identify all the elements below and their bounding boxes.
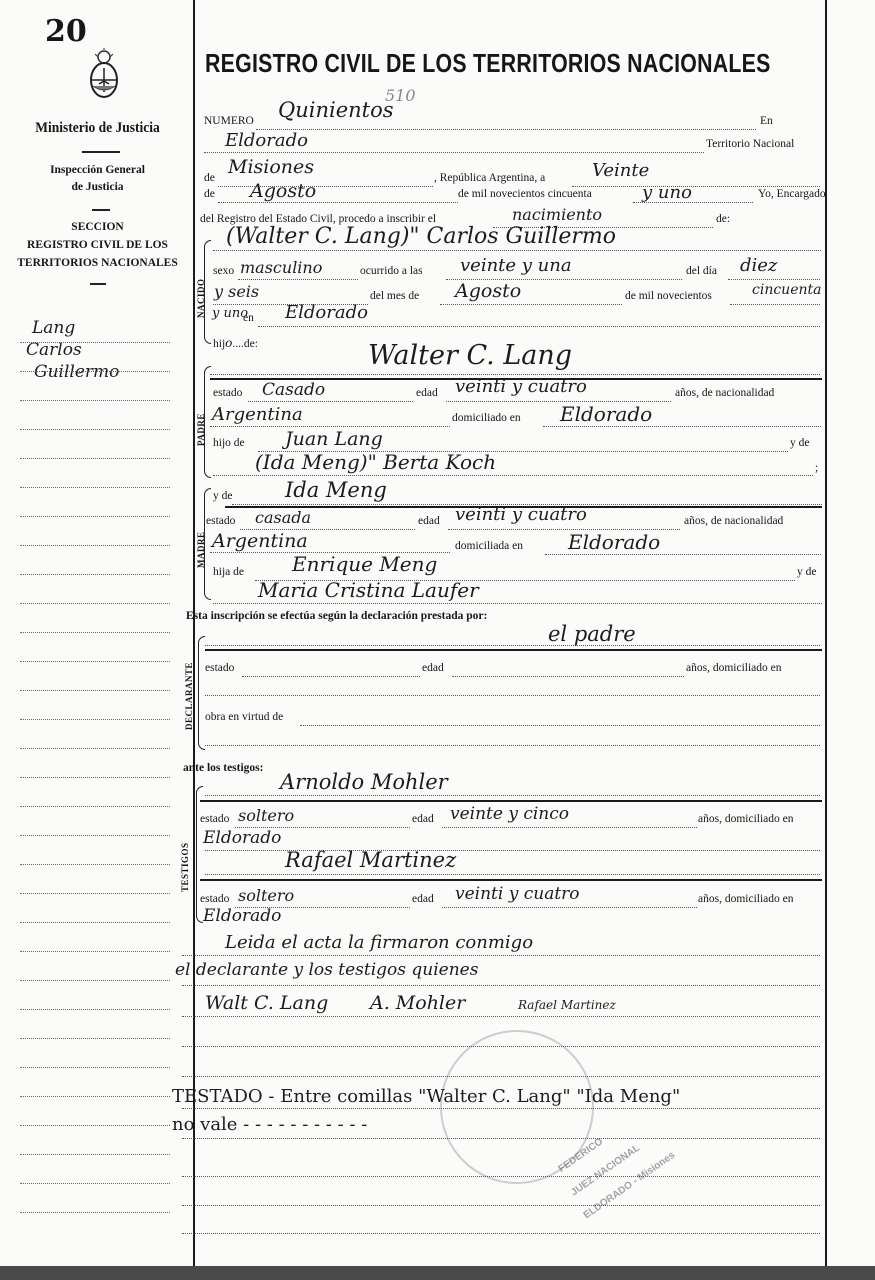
padre-estado-label: estado	[213, 387, 242, 399]
margin-dotted-line	[20, 342, 170, 343]
lugar-label: en	[243, 312, 254, 324]
margin-dotted-line	[20, 1183, 170, 1184]
margin-dotted-line	[20, 487, 170, 488]
witness-2-estado-label: estado	[200, 893, 229, 905]
margin-dotted-line	[20, 690, 170, 691]
sexo-label: sexo	[213, 265, 234, 277]
margin-dotted-line	[20, 661, 170, 662]
testigos-intro: ante los testigos:	[183, 762, 264, 774]
dotted-line	[182, 1176, 820, 1177]
padre-domicilio-value: Eldorado	[560, 402, 652, 426]
margin-dotted-line	[20, 1009, 170, 1010]
dotted-line	[213, 475, 813, 476]
margin-dotted-line	[20, 1125, 170, 1126]
declarante-estado-label: estado	[205, 662, 234, 674]
witness-1-edad-label: edad	[412, 813, 434, 825]
madre-section-label: MADRE	[196, 532, 206, 569]
margin-dotted-line	[20, 1038, 170, 1039]
dotted-line	[205, 745, 820, 746]
dotted-line	[218, 202, 458, 203]
act-type-value: nacimiento	[512, 205, 602, 224]
padre-father-value: Juan Lang	[285, 428, 383, 450]
territory-value: Misiones	[228, 156, 314, 178]
margin-dotted-line	[20, 603, 170, 604]
divider	[90, 283, 106, 285]
witness-1-estado-label: estado	[200, 813, 229, 825]
dotted-line	[256, 129, 756, 130]
form-title: REGISTRO CIVIL DE LOS TERRITORIOS NACION…	[205, 48, 771, 79]
nacido-section-label: NACIDO	[196, 278, 206, 318]
margin-dotted-line	[20, 893, 170, 894]
madre-anos-label: años, de nacionalidad	[684, 515, 783, 527]
dotted-line	[248, 401, 413, 402]
hijo-label: hijo....de:	[213, 336, 258, 350]
margin-dotted-line	[20, 748, 170, 749]
dotted-line	[242, 676, 420, 677]
dotted-line	[210, 426, 450, 427]
divider	[92, 209, 110, 211]
dotted-line	[213, 250, 821, 251]
witness-2-edad-label: edad	[412, 893, 434, 905]
madre-estado-value: casada	[255, 508, 311, 527]
margin-dotted-line	[20, 980, 170, 981]
margin-dotted-line	[20, 864, 170, 865]
dotted-line	[182, 1108, 820, 1109]
de3-label: de:	[716, 213, 730, 225]
dotted-line	[452, 676, 684, 677]
declarante-section-label: DECLARANTE	[184, 662, 194, 730]
padre-nacionalidad-value: Argentina	[212, 404, 303, 425]
republica-label: , República Argentina, a	[434, 172, 545, 184]
madre-estado-label: estado	[206, 515, 235, 527]
hijo-de: de:	[244, 338, 258, 350]
dotted-line	[182, 1016, 820, 1017]
numero-label: NUMERO	[204, 115, 254, 127]
hijo-dots: ....	[232, 338, 244, 350]
section-line-2: REGISTRO CIVIL DE LOS	[0, 236, 195, 254]
dotted-line	[204, 152, 704, 153]
day-value: Veinte	[592, 160, 649, 181]
signature-declarante: Walt C. Lang	[205, 992, 328, 1014]
witness-2-anos-label: años, domiciliado en	[698, 893, 794, 905]
dotted-line	[442, 827, 697, 828]
dotted-line	[210, 374, 820, 375]
testigos-section-label: TESTIGOS	[180, 842, 190, 892]
section-line-1: SECCION	[0, 218, 195, 236]
year-value: y uno	[642, 182, 692, 203]
margin-dotted-line	[20, 574, 170, 575]
witness-1-name: Arnoldo Mohler	[280, 770, 448, 794]
dotted-line	[205, 645, 820, 646]
mes-value: Agosto	[455, 280, 521, 302]
margin-dotted-line	[20, 1212, 170, 1213]
encargado-label: Yo, Encargado	[758, 188, 826, 200]
dotted-line	[182, 1205, 820, 1206]
margin-dotted-line	[20, 806, 170, 807]
declarante-intro: Esta inscripción se efectúa según la dec…	[186, 610, 487, 622]
declarante-edad-label: edad	[422, 662, 444, 674]
dotted-line	[730, 304, 820, 305]
dotted-line	[258, 326, 820, 327]
margin-note-first-name: Carlos	[26, 340, 82, 360]
margin-dotted-line	[20, 719, 170, 720]
padre-anos-label: años, de nacionalidad	[675, 387, 774, 399]
margin-dotted-line	[20, 922, 170, 923]
dia-value: diez	[740, 255, 777, 276]
inspection-line-2: de Justicia	[0, 179, 195, 196]
padre-y-de-label: y de	[790, 437, 809, 449]
margin-dotted-line	[20, 632, 170, 633]
declarante-anos-label: años, domiciliado en	[686, 662, 782, 674]
padre-edad-value: veinti y cuatro	[455, 376, 587, 397]
father-name-value: Walter C. Lang	[368, 340, 572, 371]
dotted-line	[205, 795, 820, 796]
testado-line-2: no vale - - - - - - - - - - -	[172, 1114, 367, 1135]
declarante-obra-label: obra en virtud de	[205, 711, 283, 723]
page-edge-shadow	[0, 1266, 875, 1280]
section-line-3: TERRITORIOS NACIONALES	[0, 254, 195, 272]
margin-dotted-line	[20, 951, 170, 952]
hijo-prefix: hij	[213, 338, 225, 350]
witness-1-edad: veinte y cinco	[450, 804, 569, 824]
dotted-line	[182, 985, 820, 986]
dotted-line	[182, 1138, 820, 1139]
margin-dotted-line	[20, 429, 170, 430]
madre-mother-value: Maria Cristina Laufer	[258, 578, 479, 602]
margin-dotted-line	[20, 1154, 170, 1155]
anio-value: cincuenta	[752, 282, 821, 298]
madre-edad-value: veinti y cuatro	[455, 504, 587, 525]
witness-1-anos-label: años, domiciliado en	[698, 813, 794, 825]
padre-section-label: PADRE	[196, 413, 206, 446]
month-value: Agosto	[250, 180, 316, 202]
margin-dotted-line	[20, 458, 170, 459]
page-number: 20	[45, 14, 87, 49]
margin-dotted-line	[20, 516, 170, 517]
madre-name-value: Ida Meng	[285, 478, 387, 502]
declarante-rule	[205, 649, 822, 651]
witness-2-name: Rafael Martinez	[285, 848, 456, 872]
margin-note-middle-name: Guillermo	[34, 362, 119, 382]
margin-dotted-line	[20, 545, 170, 546]
dotted-line	[205, 695, 820, 696]
numero-value: Quinientos	[278, 98, 394, 122]
signature-witness-1: A. Mohler	[370, 992, 465, 1014]
semicolon: ;	[815, 462, 818, 474]
testigo-1-rule	[200, 800, 822, 802]
witness-2-domicilio: Eldorado	[203, 906, 281, 926]
dia-label: del día	[686, 265, 717, 277]
child-name-value: (Walter C. Lang)" Carlos Guillermo	[226, 224, 616, 249]
divider	[82, 151, 120, 153]
dotted-line	[572, 186, 820, 187]
place-value: Eldorado	[225, 130, 308, 151]
inspection-label: Inspección General de Justicia	[0, 162, 195, 196]
closing-line-1: Leida el acta la firmaron conmigo	[225, 932, 533, 953]
dotted-line	[545, 554, 821, 555]
dotted-line	[213, 603, 822, 604]
signature-witness-2: Rafael Martinez	[518, 998, 616, 1012]
witness-2-estado: soltero	[238, 886, 294, 905]
dotted-line	[442, 907, 697, 908]
dotted-line	[238, 279, 358, 280]
de2-label: de	[204, 188, 215, 200]
ocurrido-label: ocurrido a las	[360, 265, 423, 277]
de-label: de	[204, 172, 215, 184]
margin-dotted-line	[20, 777, 170, 778]
sexo-value: masculino	[240, 258, 322, 277]
dotted-line	[182, 955, 820, 956]
testado-line-1: TESTADO - Entre comillas "Walter C. Lang…	[172, 1086, 680, 1107]
padre-hijo-de-label: hijo de	[213, 437, 245, 449]
dotted-line	[182, 1233, 820, 1234]
madre-nacionalidad-value: Argentina	[212, 530, 308, 552]
padre-estado-value: Casado	[262, 380, 325, 400]
declarante-name-value: el padre	[548, 622, 636, 646]
madre-domicilio-value: Eldorado	[568, 530, 660, 554]
margin-dotted-line	[20, 1096, 170, 1097]
madre-father-value: Enrique Meng	[292, 552, 437, 576]
declarante-brace	[198, 636, 205, 750]
margin-dotted-line	[20, 1067, 170, 1068]
madre-edad-label: edad	[418, 515, 440, 527]
margin-dotted-line	[20, 835, 170, 836]
testigo-2-rule	[200, 879, 822, 881]
section-label: SECCION REGISTRO CIVIL DE LOS TERRITORIO…	[0, 218, 195, 272]
dotted-line	[728, 279, 820, 280]
margin-dotted-line	[20, 371, 170, 372]
madre-y-de-label-2: y de	[797, 566, 816, 578]
padre-edad-label: edad	[416, 387, 438, 399]
territorio-label: Territorio Nacional	[706, 138, 794, 150]
margin-note-surname: Lang	[32, 318, 75, 338]
witness-1-domicilio: Eldorado	[203, 828, 281, 848]
dotted-line	[205, 874, 820, 875]
padre-domicilio-label: domiciliado en	[452, 412, 521, 424]
closing-line-2: el declarante y los testigos quienes	[175, 960, 478, 980]
dotted-line	[300, 725, 820, 726]
dotted-line	[543, 426, 821, 427]
madre-domicilio-label: domiciliada en	[455, 540, 523, 552]
dia-cont-value: y seis	[214, 282, 259, 301]
ministry-label: Ministerio de Justicia	[10, 120, 186, 137]
inspection-line-1: Inspección General	[0, 162, 195, 179]
en-label: En	[760, 115, 773, 127]
argentina-coat-of-arms-icon	[84, 48, 124, 100]
madre-y-de-label: y de	[213, 490, 232, 502]
year-label: de mil novecientos cincuenta	[458, 188, 592, 200]
witness-1-estado: soltero	[238, 806, 294, 825]
dotted-line	[440, 304, 622, 305]
madre-hija-de-label: hija de	[213, 566, 244, 578]
witness-2-edad: veinti y cuatro	[455, 884, 580, 904]
anio-label: de mil novecientos	[625, 290, 712, 302]
margin-dotted-line	[20, 400, 170, 401]
hora-value: veinte y una	[460, 255, 572, 276]
mes-label: del mes de	[370, 290, 419, 302]
padre-mother-value: (Ida Meng)" Berta Koch	[255, 450, 496, 474]
lugar-value: Eldorado	[285, 302, 368, 323]
